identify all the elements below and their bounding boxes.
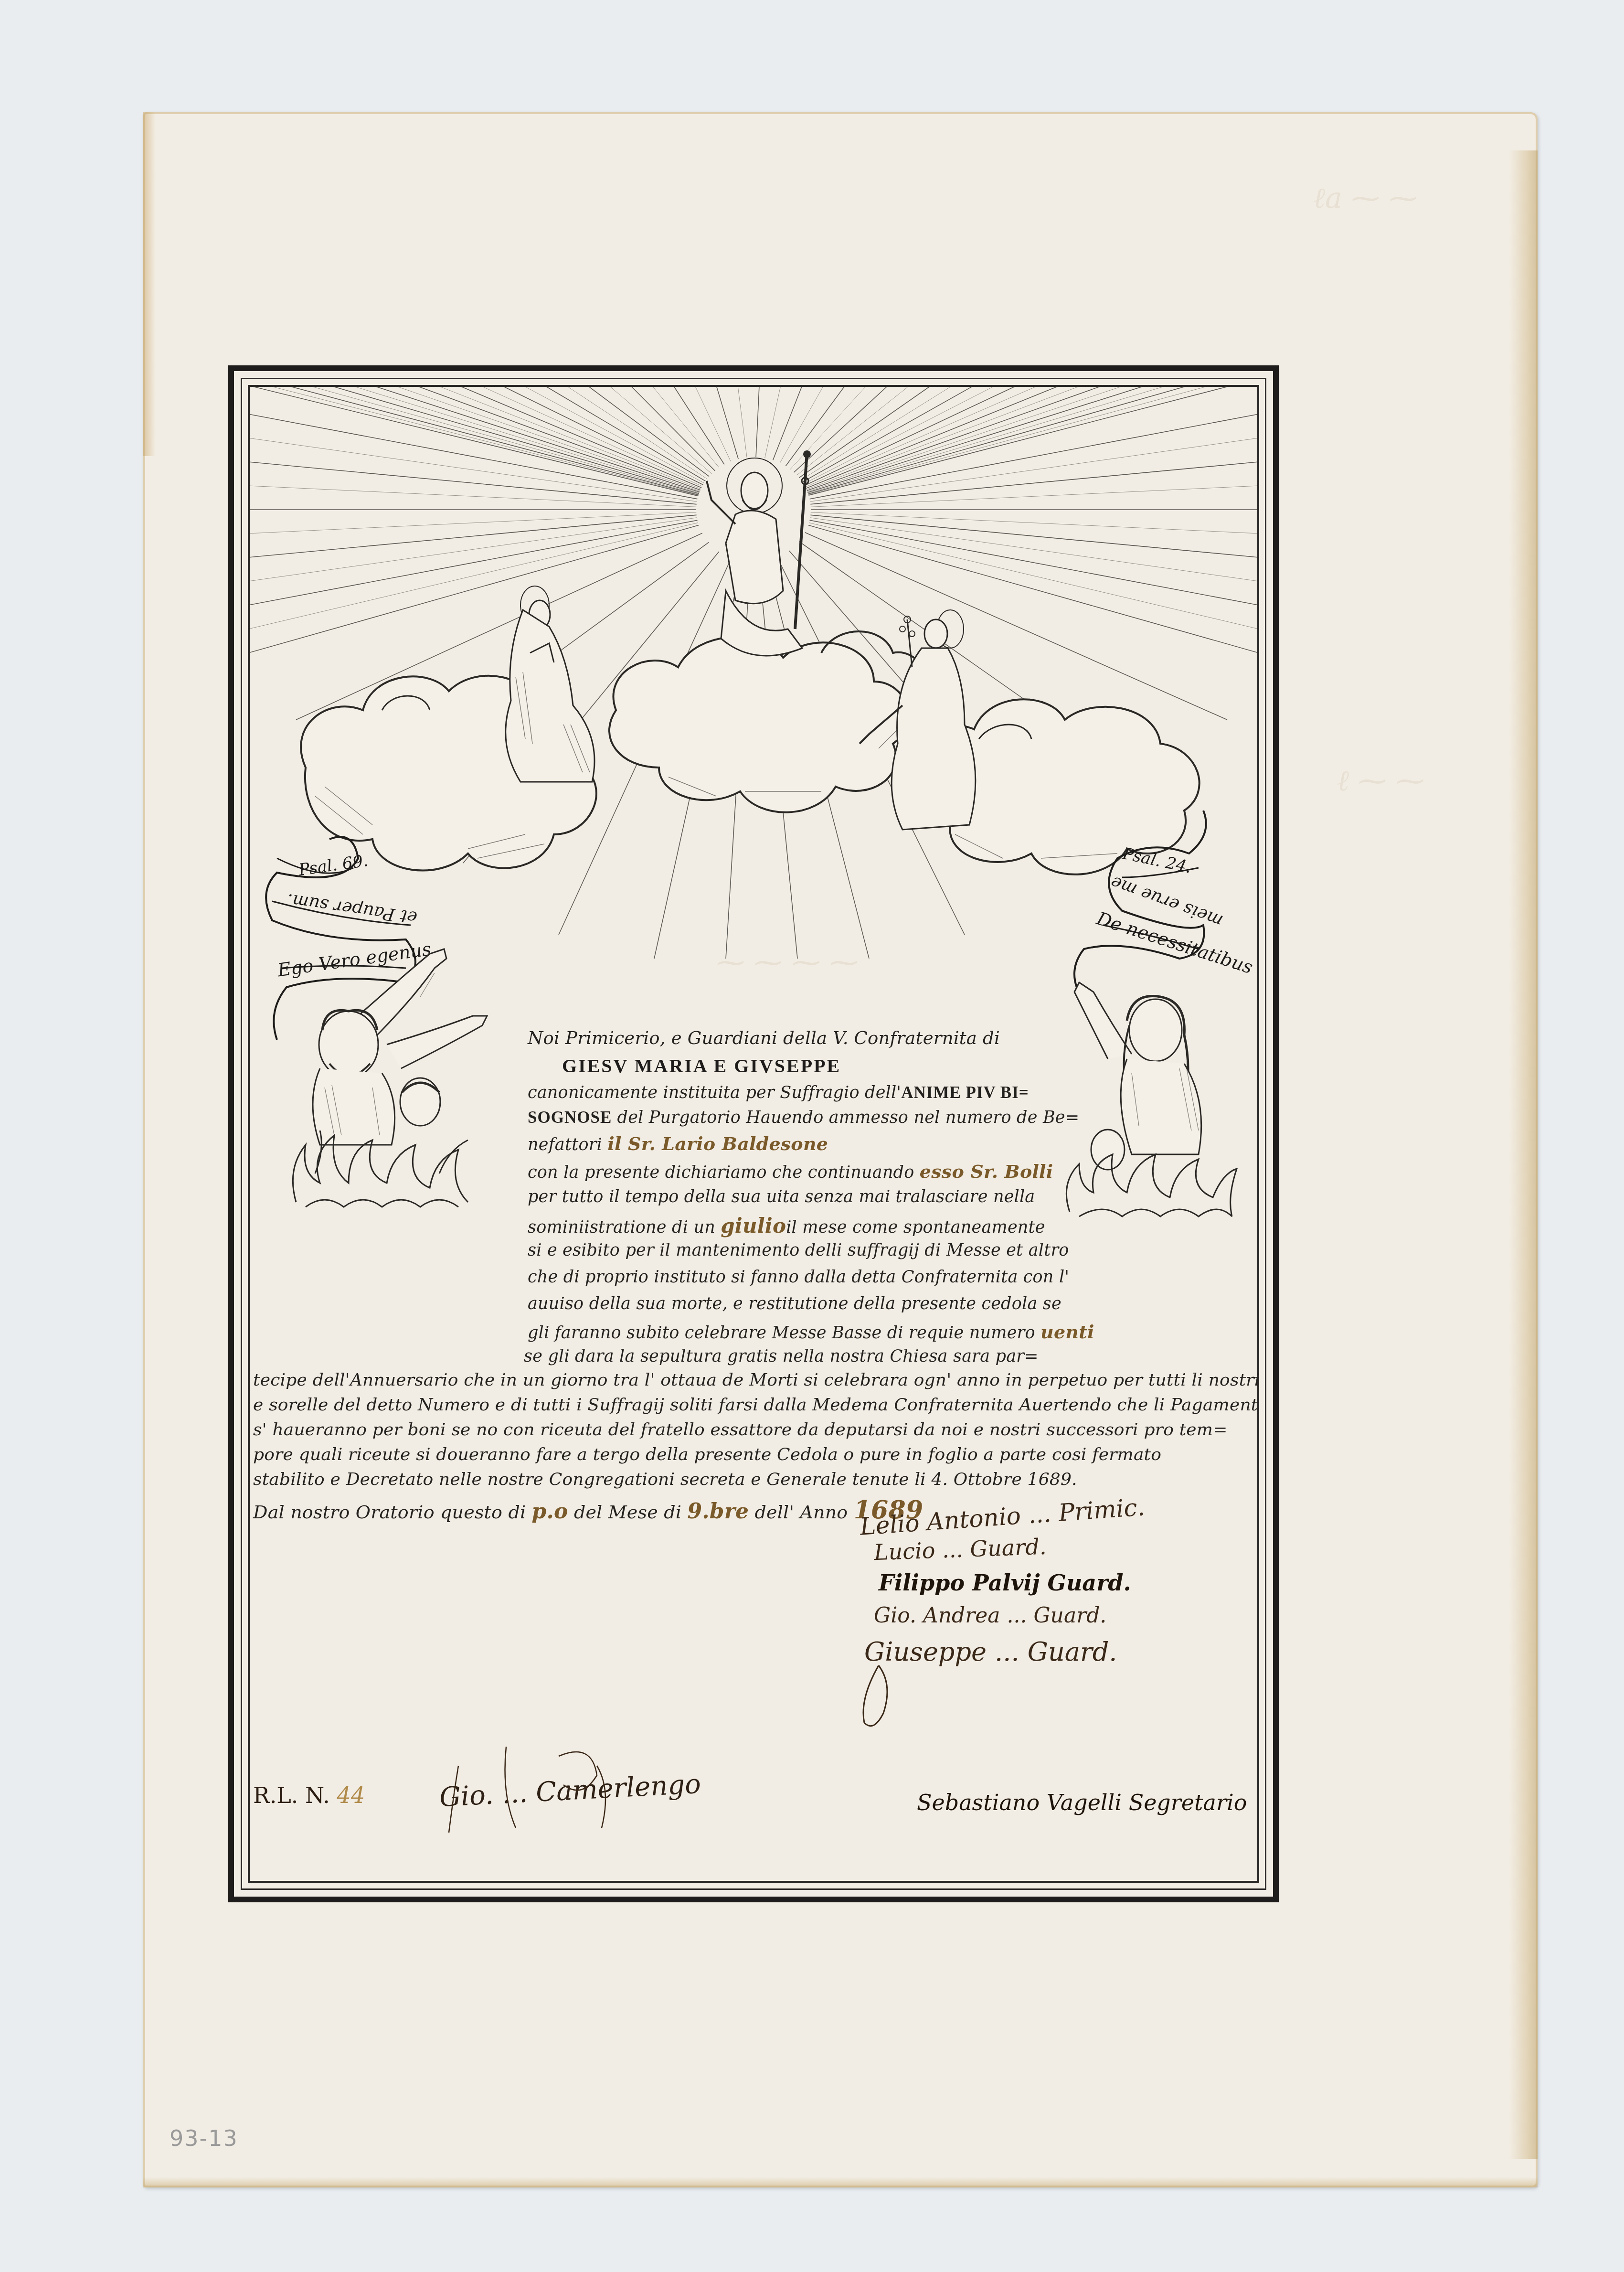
officers-signatures: Lelio Antonio ... Primic. Lucio ... Guar… bbox=[850, 1503, 1232, 1732]
handwritten-insert: esso Sr. Bolli bbox=[920, 1161, 1053, 1182]
text-line-benefactor: nefattori il Sr. Lario Baldesone bbox=[528, 1133, 828, 1154]
left-souls-in-flames-illustration bbox=[277, 944, 525, 1212]
text-line: SOGNOSE del Purgatorio Hauendo ammesso n… bbox=[528, 1108, 1079, 1127]
register-label: R.L. N. 44 bbox=[253, 1782, 365, 1808]
signature-guardian: Lucio ... Guard. bbox=[873, 1534, 1047, 1566]
catalog-number: 93-13 bbox=[170, 2125, 238, 2151]
text-line-payment: sominiistratione di un giulioil mese com… bbox=[528, 1214, 1045, 1237]
handwritten-mass-count: uenti bbox=[1040, 1321, 1094, 1343]
text-line: s' haueranno per boni se no con riceuta … bbox=[253, 1420, 1228, 1440]
text-segment: nefattori bbox=[528, 1135, 607, 1154]
text-line: con la presente dichiariamo che continua… bbox=[528, 1161, 1053, 1182]
text-segment: con la presente dichiariamo che continua… bbox=[528, 1163, 920, 1182]
paper-stain-left bbox=[143, 112, 156, 456]
paper-deckle-bottom bbox=[143, 2177, 1538, 2187]
right-soul-in-flames-illustration bbox=[1060, 973, 1242, 1221]
text-segment: sominiistratione di un bbox=[528, 1218, 721, 1237]
text-line: e sorelle del detto Numero e di tutti i … bbox=[253, 1395, 1259, 1415]
bottom-signatures: R.L. N. 44 Gio. ... Camerlengo Sebastian… bbox=[248, 1737, 1259, 1842]
text-line: pore quali riceute si doueranno fare a t… bbox=[253, 1445, 1161, 1464]
text-segment-caps: SOGNOSE bbox=[528, 1108, 612, 1127]
text-line-intro: Noi Primicerio, e Guardiani della V. Con… bbox=[528, 1028, 1000, 1048]
text-line-masses: gli faranno subito celebrare Messe Basse… bbox=[528, 1321, 1094, 1343]
text-segment: del Mese di bbox=[568, 1502, 688, 1523]
handwritten-benefactor-name: il Sr. Lario Baldesone bbox=[607, 1133, 828, 1154]
handwritten-day: p.o bbox=[532, 1499, 568, 1524]
text-line: tecipe dell'Annuersario che in un giorno… bbox=[253, 1370, 1259, 1390]
signature-guardian: Gio. Andrea ... Guard. bbox=[874, 1603, 1106, 1628]
text-line: per tutto il tempo della sua uita senza … bbox=[528, 1187, 1035, 1206]
text-segment: canonicamente instituita per Suffragio d… bbox=[528, 1083, 901, 1102]
signature-flourish-icon bbox=[850, 1661, 993, 1732]
text-line-issue-date: Dal nostro Oratorio questo di p.o del Me… bbox=[253, 1495, 923, 1525]
text-line: si e esibito per il mantenimento delli s… bbox=[528, 1241, 1069, 1260]
signature-guardian: Filippo Palvij Guard. bbox=[879, 1570, 1131, 1596]
virgin-mary-figure-illustration bbox=[478, 581, 621, 791]
text-segment: gli faranno subito celebrare Messe Basse… bbox=[528, 1323, 1040, 1343]
engraving-frame: Psal. 69. et Pauper sum. Ego Vero egenus… bbox=[228, 365, 1279, 1902]
signature-secretary: Sebastiano Vagelli Segretario bbox=[917, 1790, 1247, 1815]
text-segment-caps: ANIME PIV BI= bbox=[901, 1083, 1029, 1102]
paper-deckle-right bbox=[1509, 150, 1538, 2159]
handwritten-coin-amount: giulio bbox=[721, 1214, 786, 1237]
handwritten-month: 9.bre bbox=[687, 1499, 749, 1524]
engraving-plate: Psal. 69. et Pauper sum. Ego Vero egenus… bbox=[248, 385, 1259, 1882]
text-line-decree-date: stabilito e Decretato nelle nostre Congr… bbox=[253, 1470, 1077, 1489]
text-segment: Dal nostro Oratorio questo di bbox=[253, 1502, 532, 1523]
showthrough-text: ℓ ⁓ ⁓ bbox=[1337, 764, 1424, 798]
text-segment: il mese come spontaneamente bbox=[786, 1218, 1045, 1237]
register-prefix: R.L. N. bbox=[253, 1782, 330, 1808]
text-line: che di proprio instituto si fanno dalla … bbox=[528, 1268, 1069, 1287]
signature-flourish-icon bbox=[439, 1737, 640, 1842]
text-line: se gli dara la sepultura gratis nella no… bbox=[524, 1347, 1039, 1366]
confraternity-title: GIESV MARIA E GIVSEPPE bbox=[562, 1055, 841, 1077]
saint-joseph-figure-illustration bbox=[840, 600, 993, 839]
showthrough-text: ℓa ⁓ ⁓ bbox=[1313, 181, 1418, 215]
text-segment: del Purgatorio Hauendo ammesso nel numer… bbox=[612, 1108, 1079, 1127]
text-segment: dell' Anno bbox=[749, 1502, 853, 1523]
register-number: 44 bbox=[337, 1782, 365, 1808]
text-line: canonicamente instituita per Suffragio d… bbox=[528, 1083, 1029, 1102]
certificate-text-upper: Noi Primicerio, e Guardiani della V. Con… bbox=[528, 1028, 1053, 1362]
text-line: auuiso della sua morte, e restitutione d… bbox=[528, 1294, 1061, 1313]
christ-figure-illustration bbox=[692, 448, 836, 677]
